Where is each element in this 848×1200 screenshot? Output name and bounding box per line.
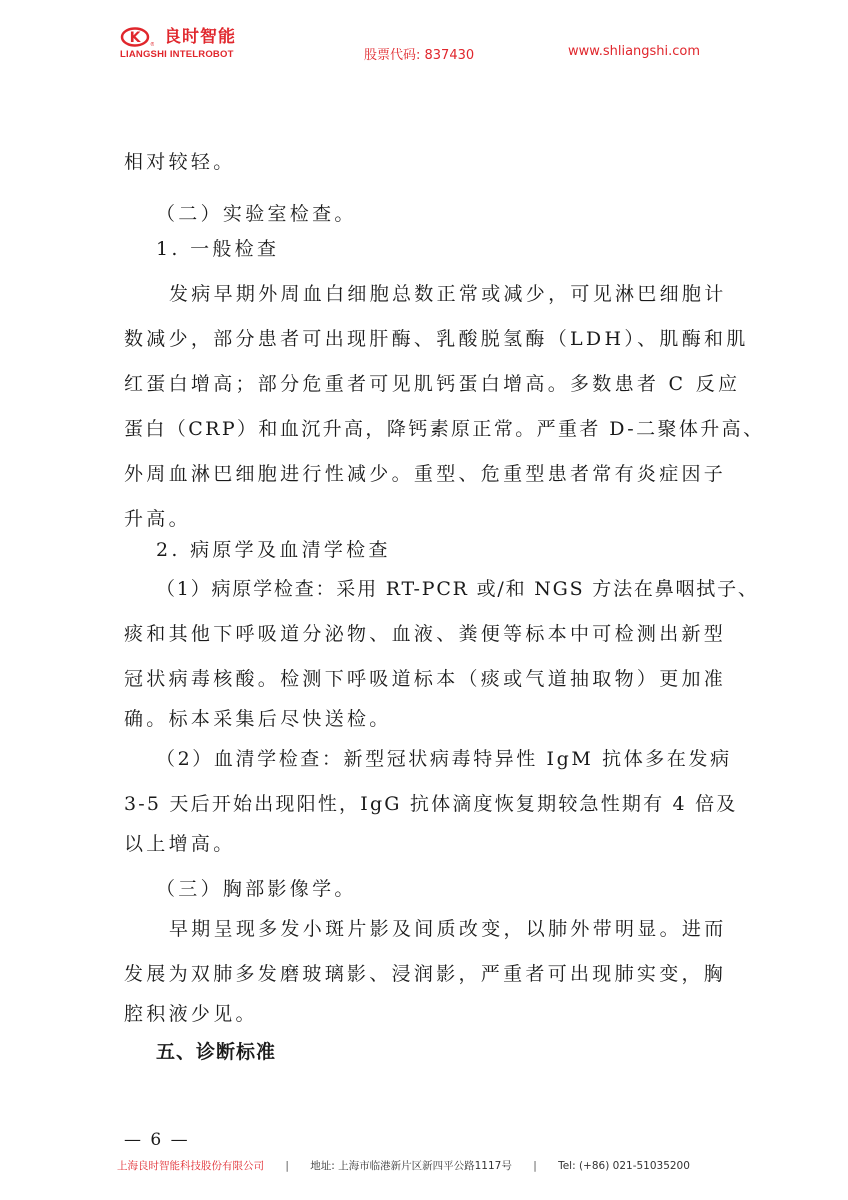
item-heading: 1. 一般检查 bbox=[156, 237, 279, 261]
subsection-heading: （三）胸部影像学。 bbox=[156, 877, 357, 901]
paragraph-line: 发病早期外周血白细胞总数正常或减少，可见淋巴细胞计 bbox=[169, 282, 727, 306]
paragraph-line: 冠状病毒核酸。检测下呼吸道标本（痰或气道抽取物）更加准 bbox=[124, 667, 726, 691]
website-link[interactable]: www.shliangshi.com bbox=[568, 44, 700, 59]
footer-separator: | bbox=[533, 1160, 537, 1172]
section-heading: 五、诊断标准 bbox=[156, 1040, 276, 1064]
footer-separator: | bbox=[285, 1160, 289, 1172]
k-logo-icon: K ® bbox=[120, 27, 154, 47]
letterhead-footer: 上海良时智能科技股份有限公司 | 地址: 上海市临港新片区新四平公路1117号 … bbox=[117, 1158, 690, 1173]
letterhead: K ® 良时智能 LIANGSHI INTELROBOT 股票代码: 83743… bbox=[0, 0, 848, 80]
paragraph-line: 蛋白（CRP）和血沉升高，降钙素原正常。严重者 D-二聚体升高、 bbox=[124, 417, 764, 441]
paragraph-line: 以上增高。 bbox=[124, 832, 236, 856]
page-number: — 6 — bbox=[124, 1130, 190, 1150]
paragraph-line: （1）病原学检查：采用 RT-PCR 或/和 NGS 方法在鼻咽拭子、 bbox=[156, 577, 759, 601]
stock-code: 股票代码: 837430 bbox=[364, 44, 474, 63]
footer-company: 上海良时智能科技股份有限公司 bbox=[117, 1160, 264, 1172]
paragraph-line: 红蛋白增高；部分危重者可见肌钙蛋白增高。多数患者 C 反应 bbox=[124, 372, 740, 396]
paragraph-line: 痰和其他下呼吸道分泌物、血液、粪便等标本中可检测出新型 bbox=[124, 622, 726, 646]
paragraph-line: 数减少，部分患者可出现肝酶、乳酸脱氢酶（LDH）、肌酶和肌 bbox=[124, 327, 749, 351]
footer-tel: Tel: (+86) 021-51035200 bbox=[558, 1160, 690, 1172]
paragraph-line: 3-5 天后开始出现阳性，IgG 抗体滴度恢复期较急性期有 4 倍及 bbox=[124, 792, 738, 816]
paragraph-line: 发展为双肺多发磨玻璃影、浸润影，严重者可出现肺实变，胸 bbox=[124, 962, 726, 986]
logo-english-name: LIANGSHI INTELROBOT bbox=[120, 49, 234, 60]
svg-text:®: ® bbox=[150, 41, 154, 47]
paragraph-line: 早期呈现多发小斑片影及间质改变，以肺外带明显。进而 bbox=[169, 917, 727, 941]
svg-text:K: K bbox=[130, 30, 142, 46]
paragraph-line: 升高。 bbox=[124, 507, 191, 531]
logo-chinese-name: 良时智能 bbox=[164, 27, 236, 47]
item-heading: 2. 病原学及血清学检查 bbox=[156, 538, 391, 562]
paragraph-line: 相对较轻。 bbox=[124, 150, 236, 174]
footer-address: 地址: 上海市临港新片区新四平公路1117号 bbox=[310, 1160, 512, 1172]
paragraph-line: （2）血清学检查：新型冠状病毒特异性 IgM 抗体多在发病 bbox=[156, 747, 732, 771]
company-logo: K ® 良时智能 LIANGSHI INTELROBOT bbox=[120, 27, 260, 63]
paragraph-line: 外周血淋巴细胞进行性减少。重型、危重型患者常有炎症因子 bbox=[124, 462, 726, 486]
paragraph-line: 腔积液少见。 bbox=[124, 1002, 258, 1026]
subsection-heading: （二）实验室检查。 bbox=[156, 202, 357, 226]
paragraph-line: 确。标本采集后尽快送检。 bbox=[124, 707, 392, 731]
